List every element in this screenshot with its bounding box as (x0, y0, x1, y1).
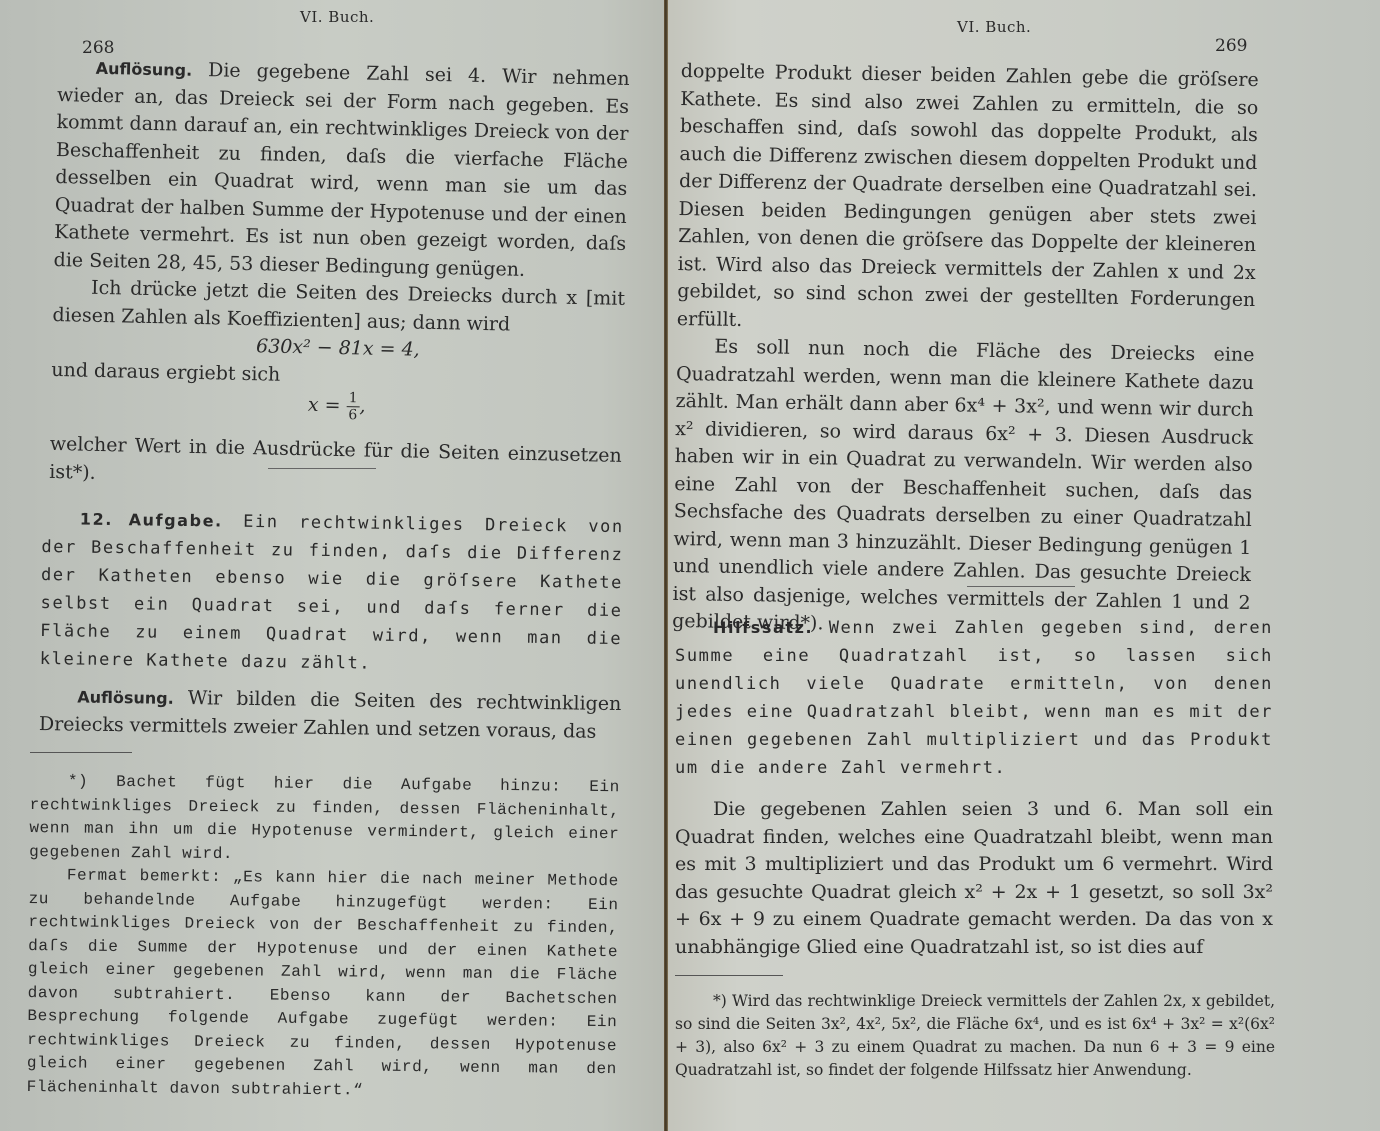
denominator: 6 (346, 407, 359, 423)
main-text-block: doppelte Produkt dieser beiden Zahlen ge… (672, 58, 1259, 645)
right-page: VI. Buch. 269 doppelte Produkt dieser be… (667, 0, 1380, 1131)
footnote-rule (30, 752, 132, 753)
footnote: *) Bachet fügt hier die Aufgabe hinzu: E… (29, 770, 620, 870)
equation-lhs: x = (308, 394, 341, 417)
paragraph-text: Wenn zwei Zahlen gegeben sind, deren Sum… (675, 618, 1273, 778)
lemma-block: Hilfssatz. Wenn zwei Zahlen gegeben sind… (675, 614, 1273, 961)
footnote: *) Wird das rechtwinklige Dreieck vermit… (675, 990, 1275, 1082)
fraction: 16 (346, 390, 360, 423)
book-gutter (664, 0, 668, 1131)
paragraph: Hilfssatz. Wenn zwei Zahlen gegeben sind… (675, 614, 1273, 782)
lemma-lead: Hilfssatz. (713, 618, 813, 637)
paragraph: Auflösung. Die gegebene Zahl sei 4. Wir … (53, 54, 629, 286)
main-text-block: Auflösung. Die gegebene Zahl sei 4. Wir … (49, 54, 630, 498)
footnote-rule (675, 975, 783, 976)
numerator: 1 (347, 390, 360, 407)
section-lead: Auflösung. (96, 59, 193, 80)
left-page: VI. Buch. 268 Auflösung. Die gegebene Za… (0, 0, 667, 1131)
paragraph-text: Die gegebene Zahl sei 4. Wir nehmen wied… (53, 59, 629, 280)
footnote-block: *) Bachet fügt hier die Aufgabe hinzu: E… (27, 770, 620, 1105)
page-number: 269 (1215, 36, 1247, 56)
footnote-block: *) Wird das rechtwinklige Dreieck vermit… (675, 990, 1275, 1082)
section-divider (967, 586, 1075, 587)
paragraph: Die gegebenen Zahlen seien 3 und 6. Man … (675, 796, 1273, 961)
solution-lead: Auflösung. (77, 688, 174, 708)
paragraph-text: Ein rechtwinkliges Dreieck von der Besch… (40, 512, 624, 674)
problem-lead: 12. Aufgabe. (80, 510, 223, 531)
paragraph: Es soll nun noch die Fläche des Dreiecks… (672, 333, 1255, 645)
paragraph: 12. Aufgabe. Ein rechtwinkliges Dreieck … (40, 505, 624, 681)
open-book-spread: VI. Buch. 268 Auflösung. Die gegebene Za… (0, 0, 1380, 1131)
running-head: VI. Buch. (300, 8, 374, 26)
problem-block: 12. Aufgabe. Ein rechtwinkliges Dreieck … (39, 505, 624, 746)
paragraph-text: Ich drücke jetzt die Seiten des Dreiecks… (52, 277, 625, 335)
footnote: Fermat bemerkt: „Es kann hier die nach m… (27, 864, 619, 1105)
equation-tail: , (359, 395, 366, 417)
paragraph: Auflösung. Wir bilden die Seiten des rec… (39, 683, 622, 746)
section-divider (268, 468, 376, 469)
running-head: VI. Buch. (957, 18, 1031, 36)
paragraph: doppelte Produkt dieser beiden Zahlen ge… (677, 58, 1259, 342)
paragraph: welcher Wert in die Ausdrücke für die Se… (49, 431, 622, 498)
